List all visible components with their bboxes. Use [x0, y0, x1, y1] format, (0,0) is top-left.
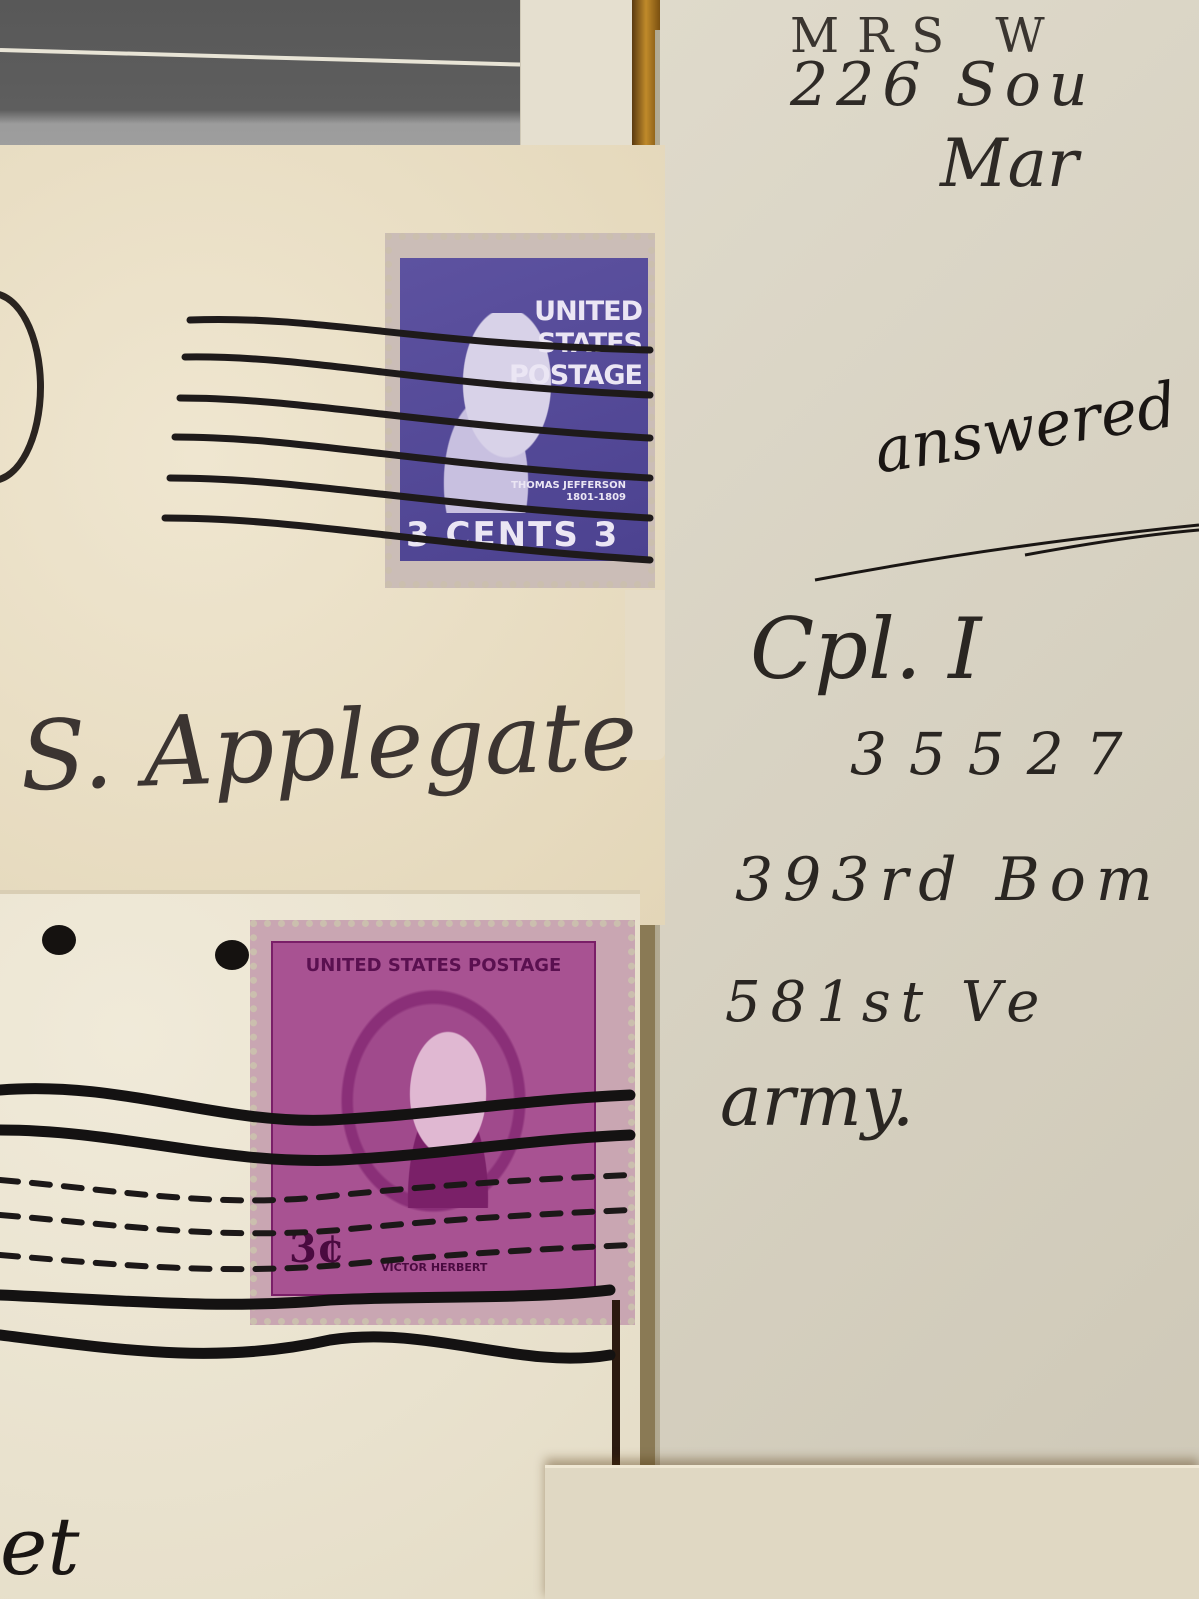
return-line-unit: 393rd Bom: [735, 845, 1163, 915]
bottom-right-envelope: [545, 1465, 1199, 1599]
city-partial: Mar: [940, 125, 1078, 202]
herbert-stamp-title: UNITED STATES POSTAGE: [273, 955, 594, 976]
pinhole-mark: [215, 940, 249, 970]
herbert-caption: VICTOR HERBERT: [381, 1261, 487, 1274]
jefferson-stamp-face: UNITED STATES POSTAGE THOMAS JEFFERSON 1…: [400, 258, 648, 561]
title-line: STATES: [509, 328, 642, 360]
bottom-handwriting-partial: et: [0, 1500, 80, 1593]
jefferson-caption: THOMAS JEFFERSON 1801-1809: [511, 480, 626, 504]
victor-herbert-stamp: UNITED STATES POSTAGE 3¢ VICTOR HERBERT: [250, 920, 635, 1325]
herbert-stamp-face: UNITED STATES POSTAGE 3¢ VICTOR HERBERT: [271, 941, 596, 1296]
title-line: UNITED: [509, 296, 642, 328]
portrait-dates: 1801-1809: [511, 492, 626, 504]
title-line: POSTAGE: [509, 360, 642, 392]
jefferson-stamp: UNITED STATES POSTAGE THOMAS JEFFERSON 1…: [385, 233, 655, 588]
addressee-name-partial: S. Applegate: [18, 679, 639, 812]
portrait-name: THOMAS JEFFERSON: [511, 480, 626, 492]
return-line-serial: 35527: [850, 720, 1145, 788]
return-line-rank: Cpl. I: [750, 600, 982, 698]
herbert-denomination: 3¢: [289, 1225, 345, 1272]
return-line-unit-2: 581st Ve: [725, 970, 1049, 1035]
jefferson-denomination: 3 CENTS 3: [406, 515, 619, 555]
jefferson-stamp-title: UNITED STATES POSTAGE: [509, 296, 642, 392]
return-line-army: army.: [720, 1060, 914, 1142]
envelope-gap-shadow: [612, 1300, 620, 1470]
pinhole-mark: [42, 925, 76, 955]
herbert-portrait: [378, 1018, 518, 1208]
street-address-partial: 226 Sou: [790, 50, 1095, 120]
